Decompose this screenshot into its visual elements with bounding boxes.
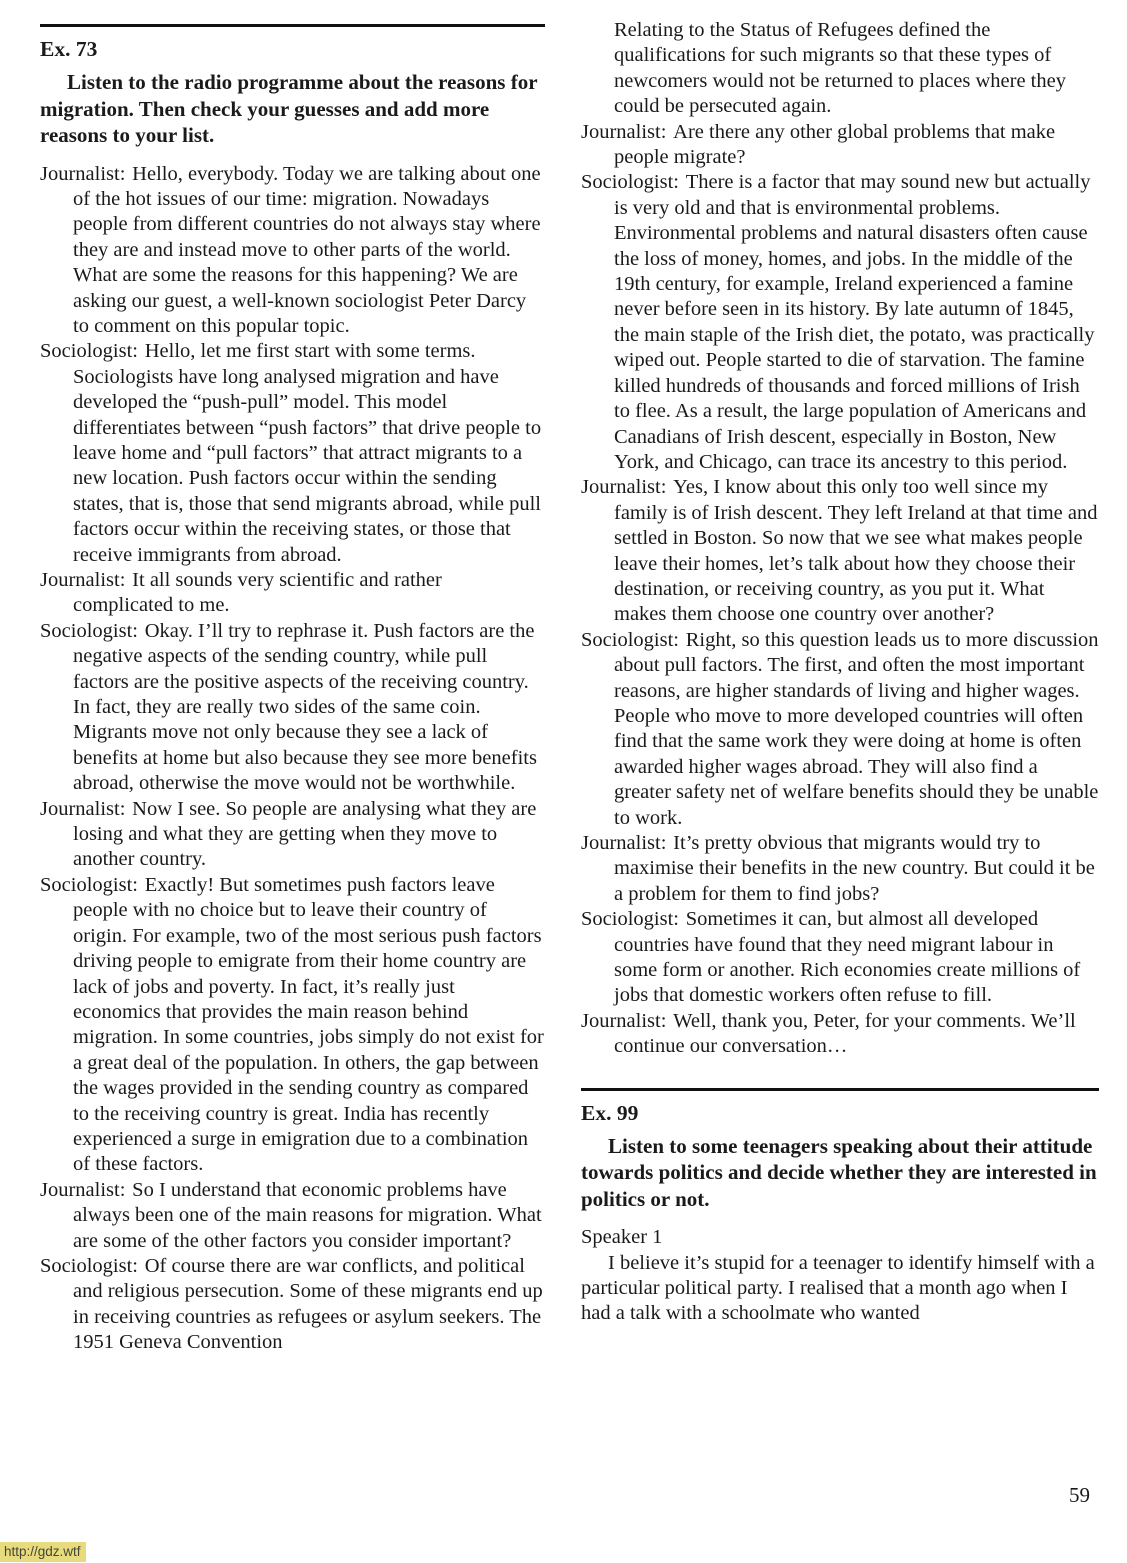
dialogue-speech: Sociologist:Hello, let me first start wi… [40, 339, 545, 568]
dialogue-speech: Journalist:It all sounds very scientific… [40, 568, 545, 619]
ex73-heading: Ex. 73 [40, 36, 545, 62]
ex73-instructions: Listen to the radio programme about the … [40, 69, 545, 149]
book-page: Ex. 73 Listen to the radio programme abo… [0, 0, 1127, 1563]
speaker-label: Sociologist: [581, 629, 679, 651]
speaker-label: Journalist: [40, 569, 125, 591]
speaker-label: Sociologist: [40, 620, 138, 642]
speech-text: Exactly! But sometimes push factors leav… [73, 874, 544, 1175]
speaker-label: Journalist: [581, 121, 666, 143]
speech-text: It’s pretty obvious that migrants would … [614, 832, 1095, 905]
speaker-label: Journalist: [581, 476, 666, 498]
dialogue-speech: Journalist:Now I see. So people are anal… [40, 797, 545, 873]
dialogue-speech: Journalist:So I understand that economic… [40, 1178, 545, 1254]
dialogue-speech: Journalist:It’s pretty obvious that migr… [581, 831, 1099, 907]
dialogue-speech: Journalist:Hello, everybody. Today we ar… [40, 162, 545, 340]
left-column: Ex. 73 Listen to the radio programme abo… [40, 8, 545, 1356]
ex99-divider-rule [581, 1088, 1099, 1091]
dialogue-speech: Sociologist:Right, so this question lead… [581, 628, 1099, 831]
ex99-heading: Ex. 99 [581, 1100, 1099, 1126]
dialogue-speech-continuation: Relating to the Status of Refugees defin… [581, 18, 1099, 120]
dialogue-speech: Sociologist:Exactly! But sometimes push … [40, 873, 545, 1178]
ex99-instructions: Listen to some teenagers speaking about … [581, 1133, 1099, 1213]
dialogue-speech: Sociologist:Of course there are war conf… [40, 1254, 545, 1356]
speech-text: Of course there are war conflicts, and p… [73, 1255, 543, 1353]
speaker-label: Sociologist: [40, 340, 138, 362]
speech-text: Hello, everybody. Today we are talking a… [73, 163, 541, 337]
watermark-url: http://gdz.wtf [0, 1542, 86, 1562]
speech-text: Now I see. So people are analysing what … [73, 798, 536, 871]
speaker-label: Journalist: [581, 1010, 666, 1032]
speaker-label: Sociologist: [40, 874, 138, 896]
right-column: Relating to the Status of Refugees defin… [581, 8, 1099, 1356]
speech-text: Hello, let me first start with some term… [73, 340, 541, 565]
page-number: 59 [1069, 1483, 1090, 1508]
speaker-label: Journalist: [581, 832, 666, 854]
speaker-label: Journalist: [40, 163, 125, 185]
speech-text: Are there any other global problems that… [614, 121, 1055, 168]
speaker1-paragraph: I believe it’s stupid for a teenager to … [581, 1251, 1099, 1327]
dialogue-speech: Sociologist:There is a factor that may s… [581, 170, 1099, 475]
dialogue-speech: Sociologist:Okay. I’ll try to rephrase i… [40, 619, 545, 797]
speaker-label: Journalist: [40, 1179, 125, 1201]
speech-text: There is a factor that may sound new but… [614, 171, 1094, 472]
dialogue-speech: Sociologist:Sometimes it can, but almost… [581, 907, 1099, 1009]
speaker-label: Sociologist: [581, 171, 679, 193]
speaker1-label: Speaker 1 [581, 1225, 1099, 1250]
speaker-label: Sociologist: [581, 908, 679, 930]
speech-text: Well, thank you, Peter, for your comment… [614, 1010, 1076, 1057]
speaker-label: Sociologist: [40, 1255, 138, 1277]
speech-text: Yes, I know about this only too well sin… [614, 476, 1098, 625]
dialogue-speech: Journalist:Yes, I know about this only t… [581, 475, 1099, 627]
dialogue-speech: Journalist:Are there any other global pr… [581, 120, 1099, 171]
speech-text: Okay. I’ll try to rephrase it. Push fact… [73, 620, 537, 794]
speaker-label: Journalist: [40, 798, 125, 820]
dialogue-speech: Journalist:Well, thank you, Peter, for y… [581, 1009, 1099, 1060]
speech-text: So I understand that economic problems h… [73, 1179, 542, 1252]
speech-text: It all sounds very scientific and rather… [73, 569, 442, 616]
speech-text: Right, so this question leads us to more… [614, 629, 1099, 829]
two-column-layout: Ex. 73 Listen to the radio programme abo… [40, 8, 1127, 1356]
ex73-divider-rule [40, 24, 545, 27]
speech-text: Sometimes it can, but almost all develop… [614, 908, 1080, 1006]
